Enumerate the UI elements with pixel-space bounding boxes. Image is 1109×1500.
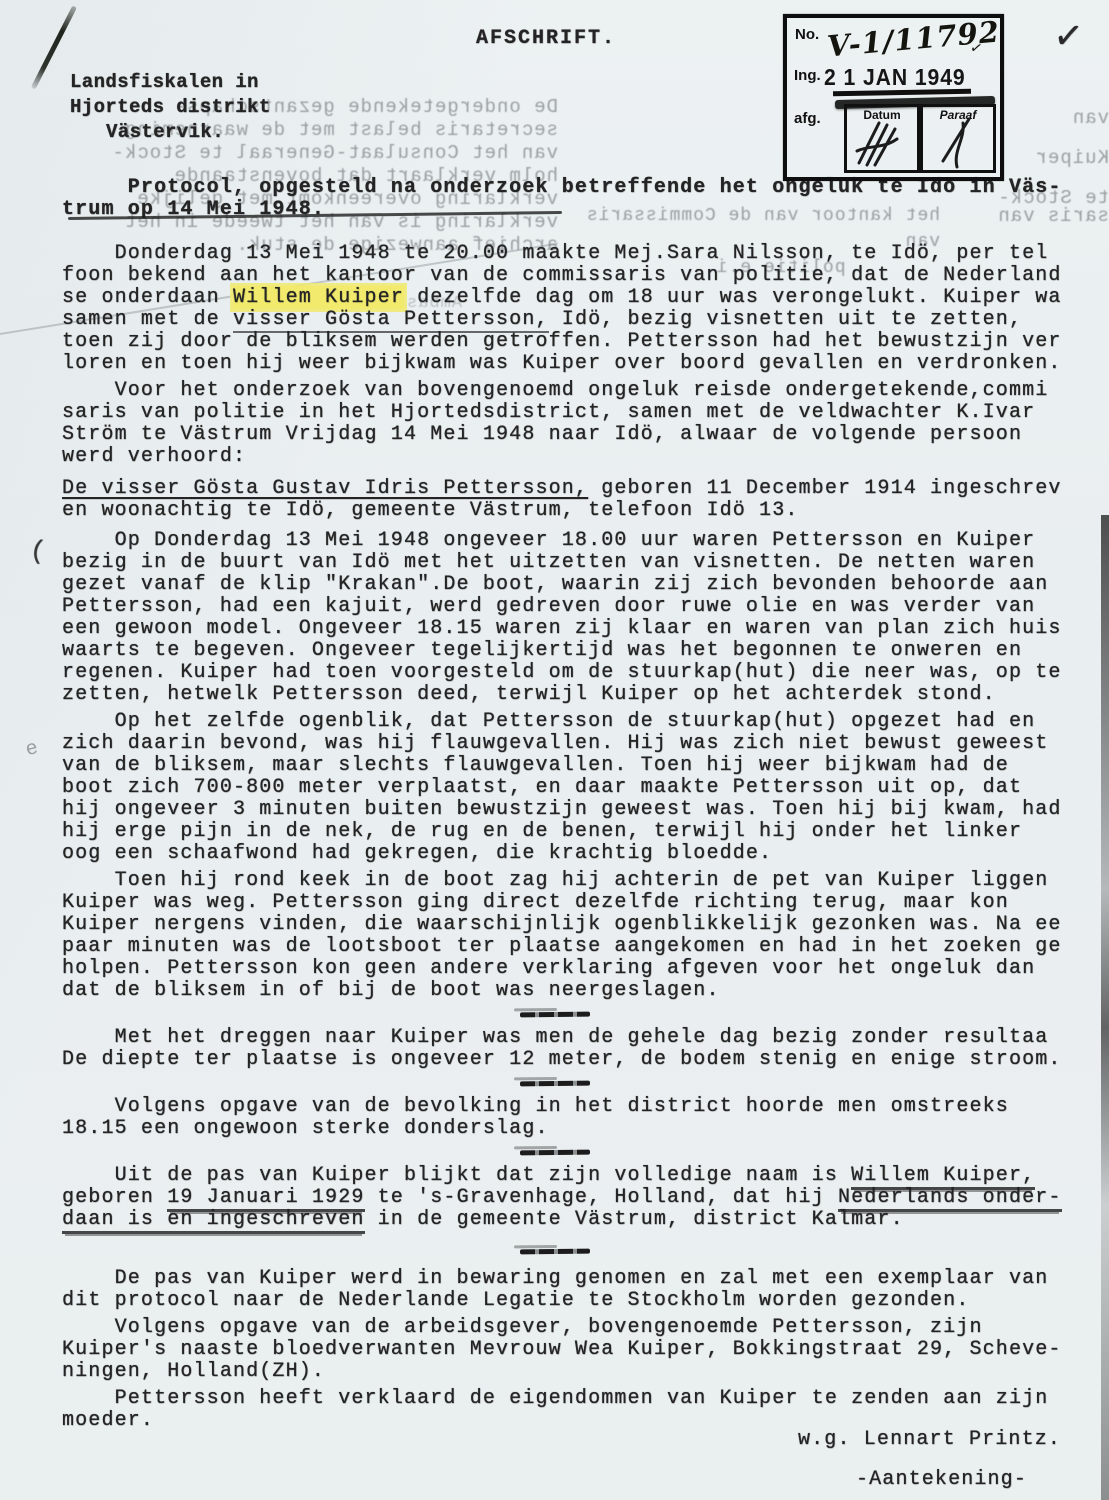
p9-text: Uit de pas van Kuiper blijkt dat zijn vo… — [62, 1164, 851, 1187]
stamp-afg-label: afg. — [794, 110, 821, 127]
sender-line-2: Hjorteds distrikt — [70, 95, 271, 120]
paragraph-search-for-kuiper: Toen hij rond keek in de boot zag hij ac… — [62, 870, 1107, 1002]
p9-text-3: te 's-Gravenhage, Holland, dat hij — [365, 1186, 838, 1209]
highlighted-name-willem-kuiper: Willem Kuiper — [233, 286, 404, 309]
pencil-mark: e — [23, 737, 40, 762]
stamp-paraaf-box: Paraaf — [920, 104, 996, 173]
document-title: AFSCHRIFT. — [476, 27, 616, 50]
p9-text-5: in de gemeente Västrum, district Kalmar. — [365, 1208, 904, 1231]
paragraph-thunderclap: Volgens opgave van de bevolking in het d… — [62, 1096, 1107, 1140]
stamp-date-underline — [833, 89, 971, 96]
document-body: Donderdag 13 Mei 1948 te 20.00 maakte Me… — [62, 243, 1107, 1432]
underlined-witness-name: De visser Gösta Gustav Idris Pettersson, — [62, 477, 588, 500]
paragraph-lightning-strike: Op het zelfde ogenblik, dat Pettersson d… — [62, 711, 1107, 865]
datum-handwriting-scribble — [847, 115, 917, 170]
stamp-no-label: No. — [795, 26, 819, 43]
paragraph-events-setting-nets: Op Donderdag 13 Mei 1948 ongeveer 18.00 … — [62, 530, 1107, 706]
paragraph-passport-custody: De pas van Kuiper werd in bewaring genom… — [62, 1268, 1107, 1312]
stamp-date-received: 2 1 JAN 1949 — [824, 64, 966, 91]
section-divider — [520, 1081, 590, 1087]
paragraph-witness-identity: De visser Gösta Gustav Idris Pettersson,… — [62, 478, 1107, 522]
section-divider — [520, 1249, 590, 1255]
paragraph-dragging: Met het dreggen naar Kuiper was men de g… — [62, 1027, 1107, 1071]
sender-address-block: Landsfiskalen in Hjorteds distrikt Väste… — [70, 70, 271, 145]
paragraph-passport-details: Uit de pas van Kuiper blijkt dat zijn vo… — [62, 1165, 1107, 1231]
annotation-note: -Aantekening- — [856, 1468, 1027, 1491]
paragraph-next-of-kin: Volgens opgave van de arbeidsgever, bove… — [62, 1317, 1107, 1383]
pen-paren-mark: ( — [28, 535, 48, 567]
checkmark-annotation: ✓ — [1053, 10, 1082, 64]
paragraph-belongings: Pettersson heeft verklaard de eigendomme… — [62, 1388, 1107, 1432]
stamp-datum-box: Datum — [844, 104, 920, 173]
registry-stamp-box: No. V-1/11792 ✓ Ing. 2 1 JAN 1949 afg. D… — [783, 14, 1004, 181]
paraaf-handwriting-scribble — [923, 115, 993, 170]
p9-text-2: geboren — [62, 1186, 167, 1209]
sender-line-3: Västervik. — [70, 120, 271, 145]
protocol-heading: Protocol, opgesteld na onderzoek betreff… — [62, 177, 1107, 220]
pen-underlined-ingeschreven: daan is en ingeschreven — [62, 1208, 365, 1234]
paragraph-investigation: Voor het onderzoek van bovengenoemd onge… — [62, 380, 1107, 468]
scan-edge-shadow — [1101, 515, 1109, 1500]
section-divider — [520, 1012, 590, 1018]
paragraph-report-intro: Donderdag 13 Mei 1948 te 20.00 maakte Me… — [62, 243, 1107, 375]
stamp-ing-label: Ing. — [794, 67, 821, 84]
sender-line-1: Landsfiskalen in — [70, 70, 271, 95]
section-divider — [520, 1150, 590, 1156]
